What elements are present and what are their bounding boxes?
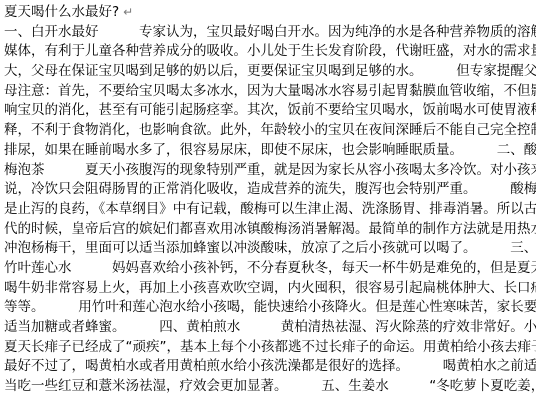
text-line: 母注意：首先，不要给宝贝喝太多冰水，因为大量喝冰水容易引起胃黏膜血管收缩，不但影: [4, 82, 536, 102]
document-page[interactable]: 夏天喝什么水最好?↵ 一、白开水最好 专家认为，宝贝最好喝白开水。因为纯净的水是…: [0, 0, 539, 407]
text-line: 是止泻的良药，《本草纲目》中有记载，酸梅可以生津止渴、洗涤肠胃、排毒消暑。所以古: [4, 200, 536, 220]
text-line: 代的时候，皇帝后宫的嫔妃们都喜欢用冰镇酸梅汤消暑解渴。最简单的制作方法就是用热水: [4, 220, 536, 240]
paragraph-mark-icon: ↵: [123, 5, 133, 19]
text-line: 适当加糖或者蜂蜜。 四、黄柏煎水 黄柏清热祛湿、泻火除蒸的疗效非常好。小孩: [4, 318, 536, 338]
text-line: 说，冷饮只会阻碍肠胃的正常消化吸收，造成营养的流失，腹泻也会特别严重。 酸梅: [4, 180, 536, 200]
document-title: 夏天喝什么水最好?: [4, 4, 119, 20]
text-line: 冲泡杨梅干，里面可以适当添加蜂蜜以冲淡酸味，放凉了之后小孩就可以喝了。 三、: [4, 239, 536, 259]
text-line: 梅泡茶 夏天小孩腹泻的现象特别严重，就是因为家长从容小孩喝太多冷饮。对小孩来: [4, 161, 536, 181]
text-line: 竹叶莲心水 妈妈喜欢给小孩补钙，不分春夏秋冬，每天一杯牛奶是难免的，但是夏天: [4, 259, 536, 279]
text-line: 喝牛奶非常容易上火，再加上小孩喜欢吹空调，内火囤积，很容易引起扁桃体肿大、长口疮: [4, 279, 536, 299]
text-line: 响宝贝的消化，甚至有可能引起肠痉挛。其次，饭前不要给宝贝喝水，饭前喝水可使胃液稀: [4, 101, 536, 121]
text-line: 媒体，有利于儿童各种营养成分的吸收。小儿处于生长发育阶段，代谢旺盛，对水的需求量: [4, 42, 536, 62]
text-line: 最好不过了，喝黄柏水或者用黄柏煎水给小孩洗澡都是很好的选择。 喝黄柏水之前适: [4, 357, 536, 377]
text-line: 排尿，如果在睡前喝水多了，很容易尿床，即使不尿床，也会影响睡眠质量。 二、酸: [4, 141, 536, 161]
text-line: 一、白开水最好 专家认为，宝贝最好喝白开水。因为纯净的水是各种营养物质的溶解: [4, 23, 536, 43]
text-line: 等等。 用竹叶和莲心泡水给小孩喝，能快速给小孩降火。但是莲心性寒味苦，家长要: [4, 298, 536, 318]
document-title-line: 夏天喝什么水最好?↵: [4, 3, 536, 23]
text-line: 夏天长痱子已经成了“顽疾”，基本上每个小孩都逃不过长痱子的命运。用黄柏给小孩去痱…: [4, 338, 536, 358]
text-line: 释，不利于食物消化，也影响食欲。此外，年龄较小的宝贝在夜间深睡后不能自己完全控制: [4, 121, 536, 141]
text-line: 当吃一些红豆和薏米汤祛湿，疗效会更加显著。 五、生姜水 “冬吃萝卜夏吃姜，: [4, 377, 536, 397]
text-line: 大，父母在保证宝贝喝到足够的奶以后，更要保证宝贝喝到足够的水。 但专家提醒父: [4, 62, 536, 82]
